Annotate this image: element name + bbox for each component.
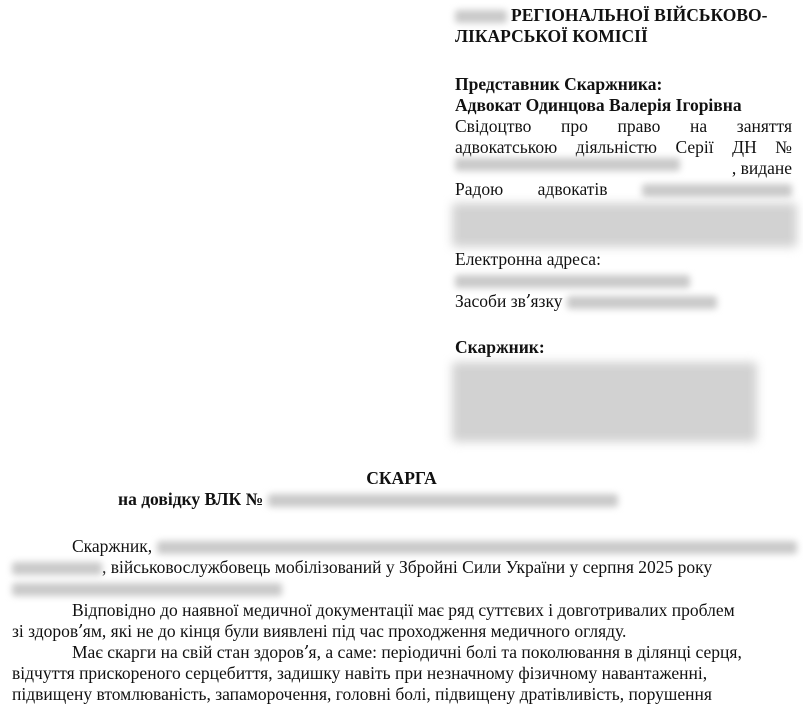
redacted-id-number (12, 562, 102, 575)
email-label: Електронна адреса: (455, 249, 601, 270)
redacted-addressee-prefix (455, 10, 507, 23)
certificate-line-2: адвокатською діяльністю Серії ДН № (455, 137, 792, 158)
addressee-line-1: РЕГІОНАЛЬНОЇ ВІЙСЬКОВО- (511, 5, 767, 25)
redacted-certificate-number (455, 158, 680, 171)
complainant-label: Скаржник: (455, 337, 545, 358)
representative-label: Представник Скаржника: (455, 74, 662, 95)
document-subtitle: на довідку ВЛК № (118, 489, 618, 510)
redacted-complainant-details (452, 362, 757, 442)
paragraph-health-complaints: Має скарги на свій стан здоров՚я, а саме… (12, 642, 794, 705)
redacted-phone (567, 296, 717, 309)
redacted-email (455, 275, 690, 288)
redacted-recruitment-office (12, 583, 282, 596)
contact-label: Засоби зв՚язку (455, 291, 562, 311)
addressee-line-2: ЛІКАРСЬКОЇ КОМІСІЇ (455, 26, 800, 47)
addressee-block: РЕГІОНАЛЬНОЇ ВІЙСЬКОВО- ЛІКАРСЬКОЇ КОМІС… (455, 5, 800, 47)
paragraph-medical-docs: Відповідно до наявної медичної документа… (12, 600, 794, 642)
email-value (455, 270, 690, 291)
certificate-line-4: Радою адвокатів (455, 179, 792, 200)
redacted-council-details (452, 203, 797, 247)
certificate-block: Свідоцтво про право на заняття адвокатсь… (455, 116, 792, 200)
document-title: СКАРГА (0, 468, 803, 489)
redacted-complainant-name (157, 541, 797, 554)
contact-line: Засоби зв՚язку (455, 291, 717, 312)
certificate-line-1: Свідоцтво про право на заняття (455, 116, 792, 137)
redacted-certificate-ref (268, 494, 618, 507)
representative-name: Адвокат Одинцова Валерія Ігорівна (455, 95, 742, 116)
paragraph-complainant-intro: Скаржник, , військовослужбовець мобілізо… (12, 536, 794, 599)
redacted-council-name (642, 184, 792, 197)
certificate-line-3: , видане (455, 158, 792, 179)
